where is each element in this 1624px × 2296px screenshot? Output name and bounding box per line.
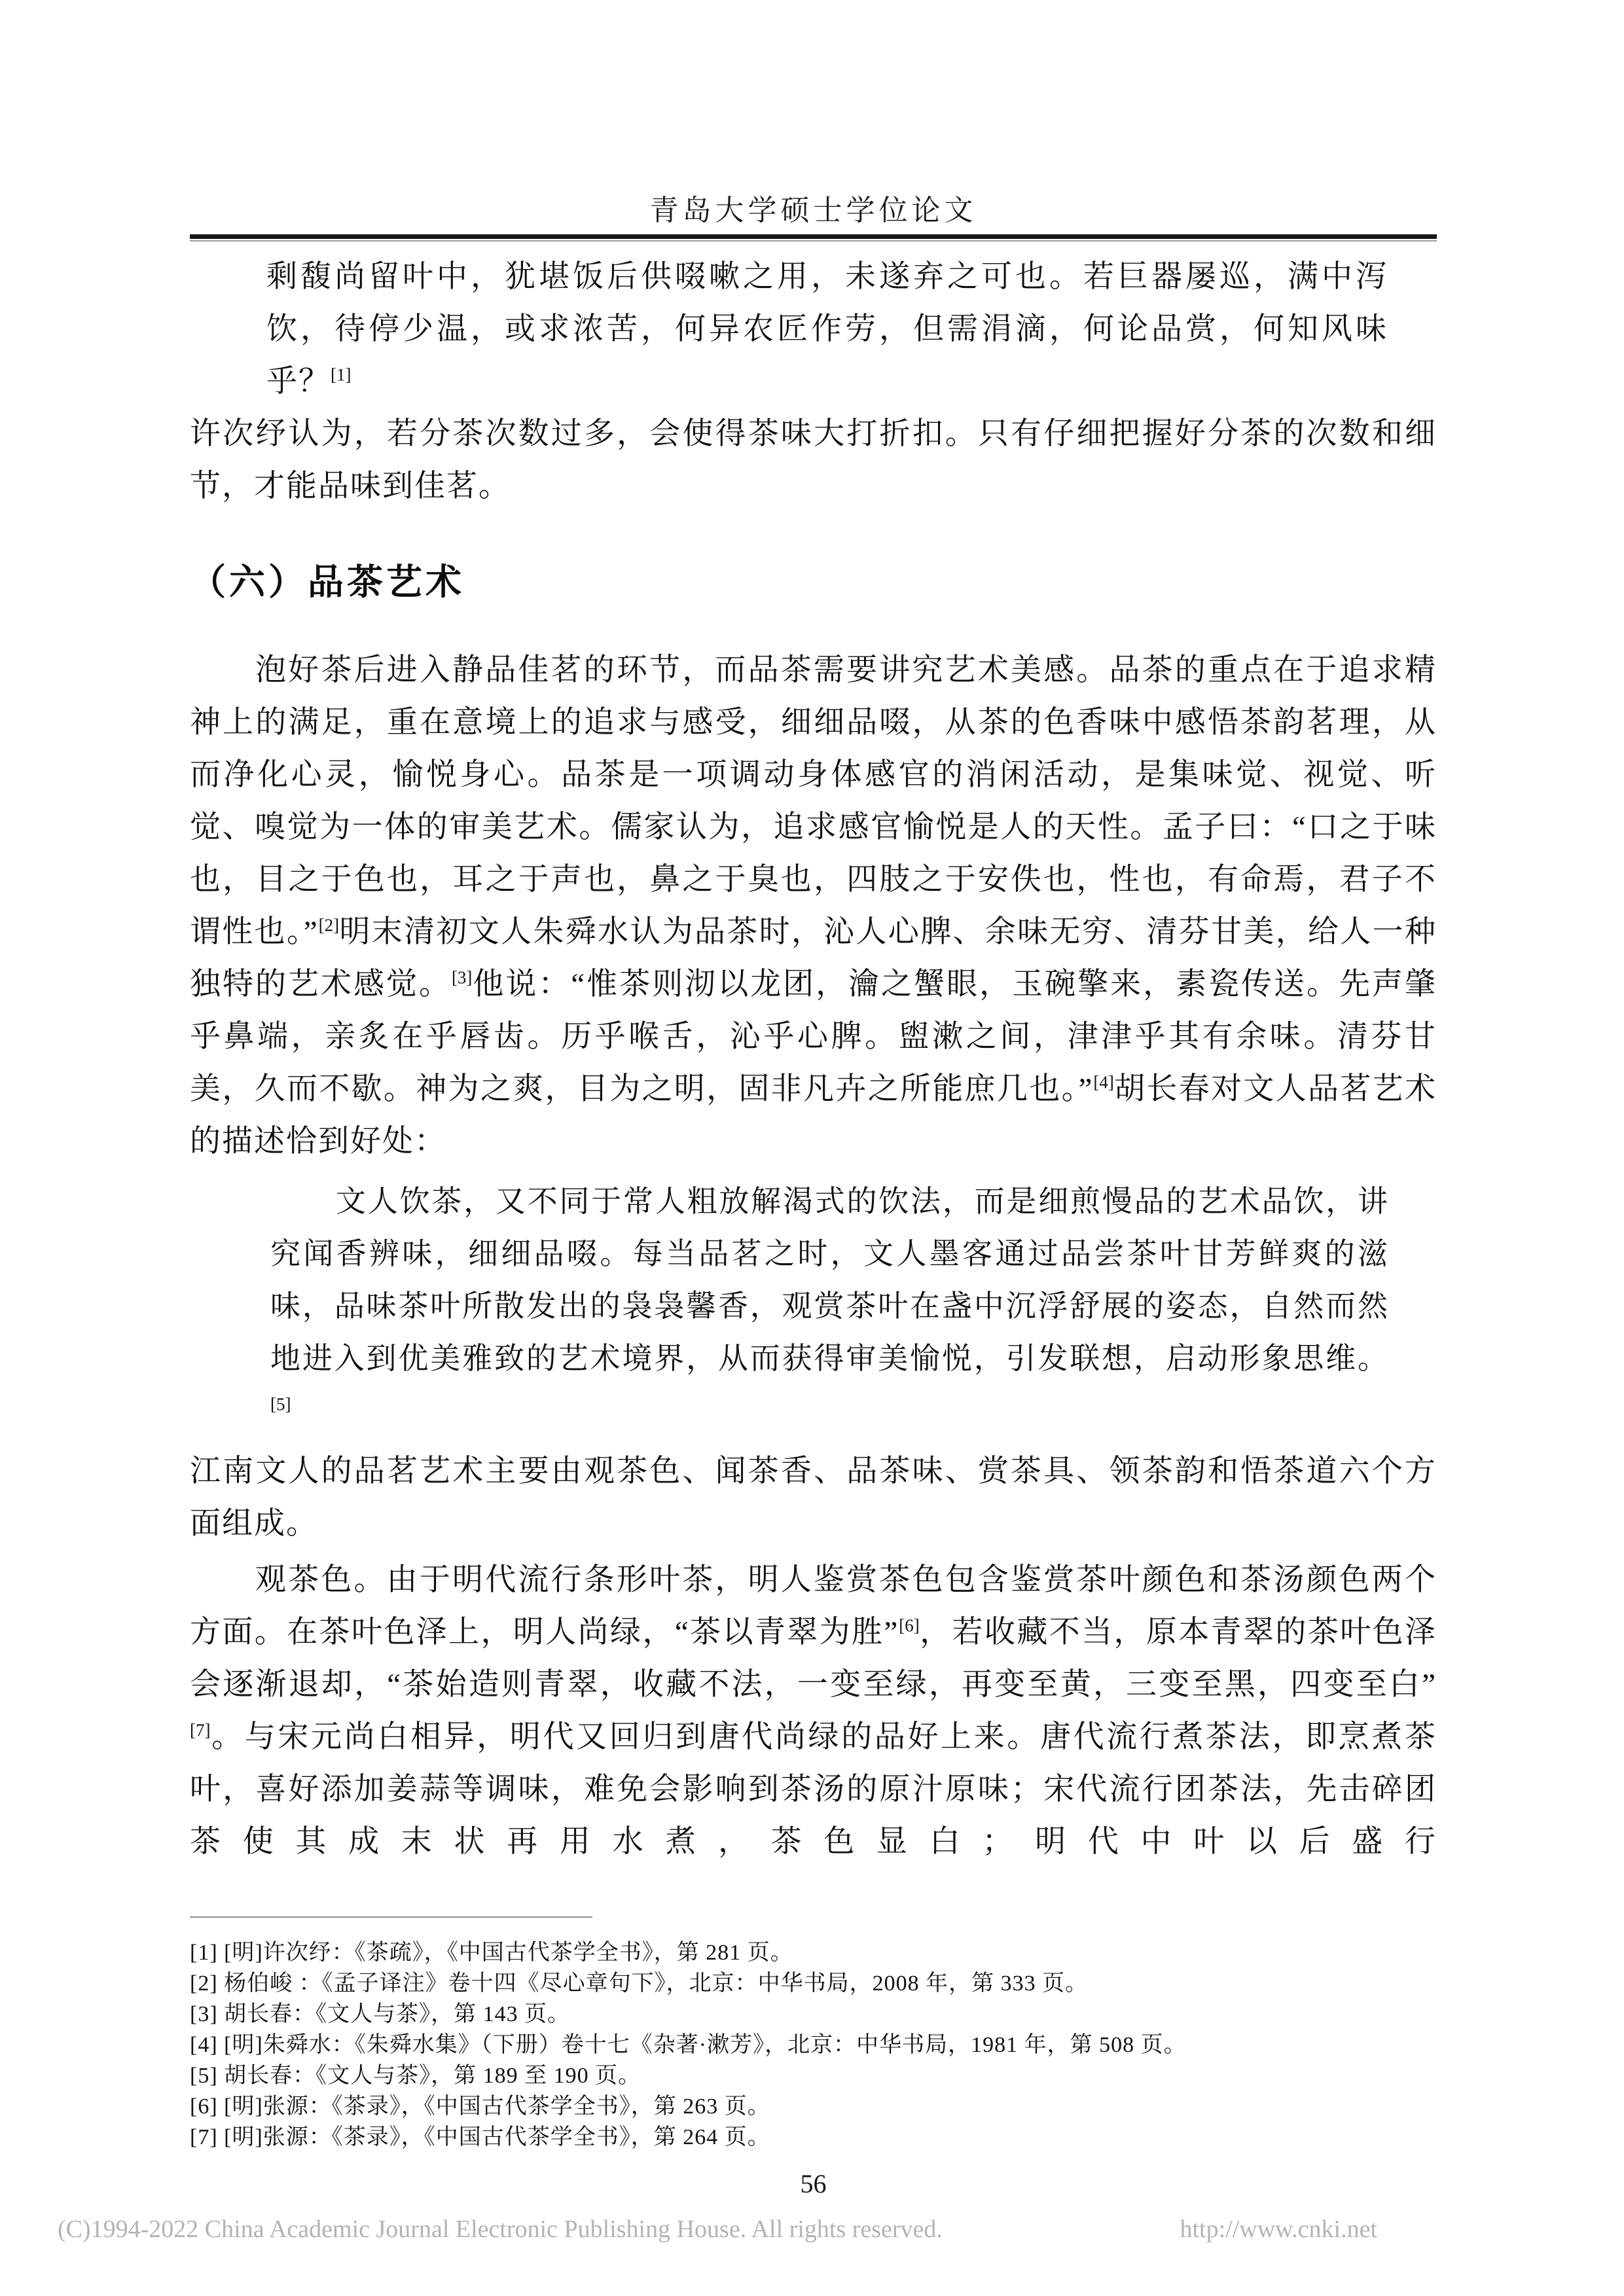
copyright-text: (C)1994-2022 China Academic Journal Elec… [58, 2215, 943, 2244]
cnki-watermark: (C)1994-2022 China Academic Journal Elec… [58, 2215, 1377, 2244]
footnote-item: [4] [明]朱舜水：《朱舜水集》（下册）卷十七《杂著·漱芳》，北京：中华书局，… [190, 2030, 1437, 2060]
footnote-reference: [3] [452, 967, 472, 987]
header-rule [190, 234, 1437, 242]
footnote-item: [2] 杨伯峻 ：《孟子译注》卷十四《尽心章句下》，北京：中华书局，2008 年… [190, 1968, 1437, 1999]
block-quote-paragraph: 文人饮茶，又不同于常人粗放解渴式的饮法，而是细煎慢品的艺术品饮，讲究闻香辨味，细… [270, 1175, 1389, 1437]
cnki-url: http://www.cnki.net [1180, 2215, 1378, 2244]
text-run: 泡好茶后进入静品佳茗的环节，而品茶需要讲究艺术美感。品茶的重点在于追求精神上的满… [190, 653, 1437, 949]
thesis-page: 青岛大学硕士学位论文 剩馥尚留叶中，犹堪饭后供啜嗽之用，未遂弃之可也。若巨器屡巡… [0, 0, 1624, 2296]
footnote-item: [6] [明]张源：《茶录》，《中国古代茶学全书》，第 263 页。 [190, 2091, 1437, 2122]
main-paragraph: 泡好茶后进入静品佳茗的环节，而品茶需要讲究艺术美感。品茶的重点在于追求精神上的满… [190, 644, 1437, 1168]
footnotes-block: [1] [明]许次纾：《茶疏》，《中国古代茶学全书》，第 281 页。[2] 杨… [190, 1937, 1437, 2153]
text-run: 剩馥尚留叶中，犹堪饭后供啜嗽之用，未遂弃之可也。若巨器屡巡，满中泻饮，待停少温，… [266, 260, 1388, 399]
paragraph-guanchase: 观茶色。由于明代流行条形叶茶，明人鉴赏茶色包含鉴赏茶叶颜色和茶汤颜色两个方面。在… [190, 1554, 1437, 1868]
footnote-reference: [4] [1093, 1072, 1113, 1092]
footnote-separator-line [190, 1916, 592, 1918]
page-content: 青岛大学硕士学位论文 剩馥尚留叶中，犹堪饭后供啜嗽之用，未遂弃之可也。若巨器屡巡… [190, 0, 1437, 2200]
opening-quote-paragraph: 剩馥尚留叶中，犹堪饭后供啜嗽之用，未遂弃之可也。若巨器屡巡，满中泻饮，待停少温，… [266, 251, 1388, 408]
running-header-title: 青岛大学硕士学位论文 [190, 194, 1437, 228]
footnote-reference: [1] [331, 365, 351, 384]
paragraph-xucishu: 许次纾认为，若分茶次数过多，会使得茶味大打折扣。只有仔细把握好分茶的次数和细节，… [190, 408, 1437, 512]
footnote-item: [1] [明]许次纾：《茶疏》，《中国古代茶学全书》，第 281 页。 [190, 1937, 1437, 1968]
page-number: 56 [190, 2168, 1437, 2200]
footnote-reference: [7] [190, 1720, 210, 1740]
footnote-item: [3] 胡长春：《文人与茶》，第 143 页。 [190, 1999, 1437, 2030]
text-run: 。与宋元尚白相异，明代又回归到唐代尚绿的品好上来。唐代流行煮茶法，即烹煮茶叶，喜… [190, 1720, 1437, 1859]
header-rule-thin-line [190, 240, 1437, 242]
section-heading: （六）品茶艺术 [190, 556, 1437, 608]
header-rule-thick-line [190, 234, 1437, 239]
footnote-reference: [2] [319, 915, 339, 935]
text-run: 文人饮茶，又不同于常人粗放解渴式的饮法，而是细煎慢品的艺术品饮，讲究闻香辨味，细… [270, 1185, 1389, 1375]
footnote-item: [5] 胡长春：《文人与茶》，第 189 至 190 页。 [190, 2060, 1437, 2091]
paragraph-jiangnan: 江南文人的品茗艺术主要由观茶色、闻茶香、品茶味、赏茶具、领茶韵和悟茶道六个方面组… [190, 1445, 1437, 1550]
footnote-item: [7] [明]张源：《茶录》，《中国古代茶学全书》，第 264 页。 [190, 2122, 1437, 2153]
footnote-reference: [5] [270, 1395, 291, 1414]
footnote-reference: [6] [899, 1615, 919, 1635]
